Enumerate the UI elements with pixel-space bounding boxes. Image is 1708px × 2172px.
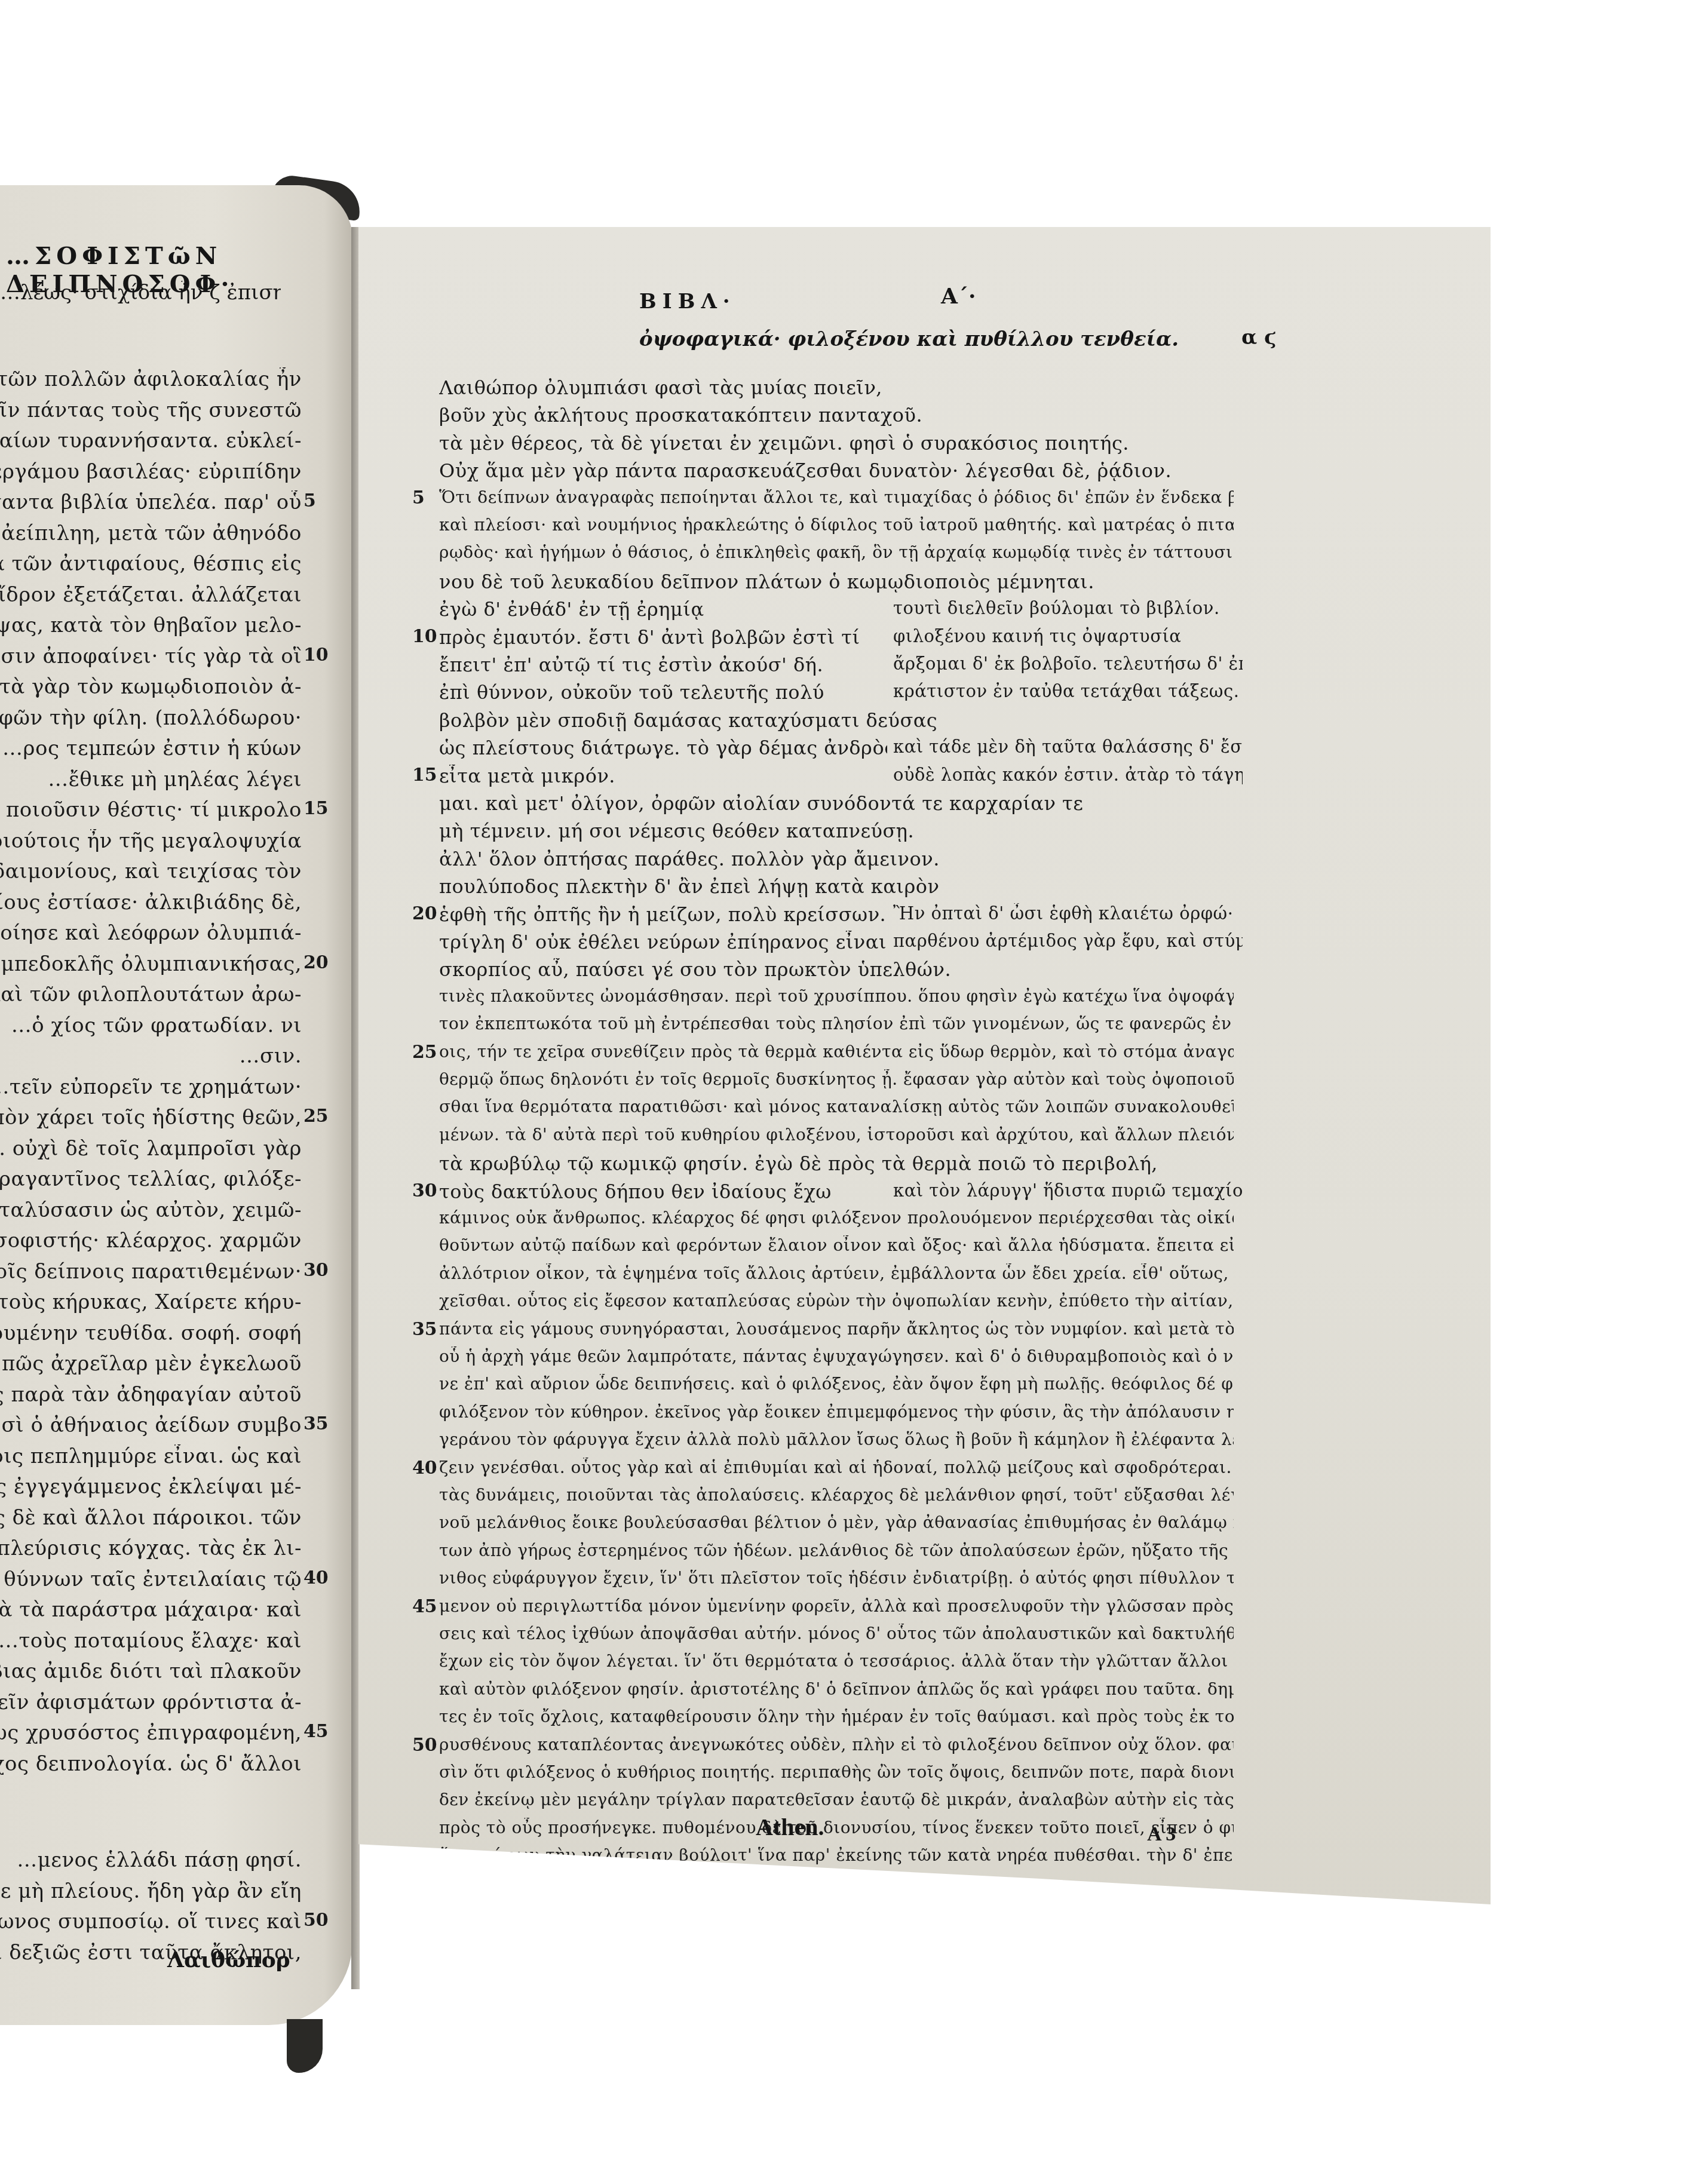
right-line-number: 30 — [412, 1180, 437, 1201]
right-verse-column-line: καὶ τάδε μὲν δὴ ταῦτα θαλάσσης δ' ἔστ' ἐ… — [893, 737, 1243, 757]
left-text-line: …ς δὲ πῶς ἀχρεῖλαρ μὲν ἐγκελωοῦ — [0, 1352, 302, 1376]
left-line-number: 10 — [303, 645, 329, 665]
left-text-line: …τῶν ἐν τοῖς δείπνοις παρατιθεμένων· — [0, 1260, 302, 1284]
right-text-line: μὴ τέμνειν. μή σοι νέμεσις θεόθεν καταπν… — [439, 820, 914, 842]
right-text-line: ἔπειτ' ἐπ' αὐτῷ τί τις ἐστὶν ἀκούσ' δή. — [439, 654, 823, 676]
right-text-line: οὗ ἡ ἀρχὴ γάμε θεῶν λαμπρότατε, πάντας ἐ… — [439, 1346, 1234, 1366]
left-text-line: …τοὺς ποταμίους ἔλαχε· καὶ — [0, 1629, 302, 1653]
right-line-number: 35 — [412, 1319, 437, 1340]
right-line-number: 20 — [412, 903, 437, 924]
left-text-line: …τεῖν εὐπορεῖν τε χρημάτων· — [0, 1075, 302, 1099]
right-text-line: ὡς πλείστους διάτρωγε. τὸ γὰρ δέμας ἀνδρ… — [439, 737, 887, 759]
right-text-line: τὰ κρωβύλῳ τῷ κωμικῷ φησίν. ἐγὼ δὲ πρὸς … — [439, 1152, 1158, 1175]
right-text-line: ρῳδὸς· καὶ ἡγήμων ὁ θάσιος, ὁ ἐπικληθεὶς… — [439, 542, 1234, 562]
left-text-line: …τοὺς πολλοὺς δὲ καὶ ἄλλοι πάροικοι. τῶν — [0, 1506, 302, 1530]
right-text-line: πρὸς τὸ οὖς προσήνεγκε. πυθομένου δὲ τοῦ… — [439, 1818, 1234, 1837]
right-text-line: πουλύποδος πλεκτὴν δ' ἂν ἐπεὶ λήψῃ κατὰ … — [439, 875, 939, 898]
right-running-head-number: Α΄· — [941, 284, 976, 309]
right-running-head-book: ΒΙΒΛ· — [639, 290, 736, 314]
right-text-line: μαι. καὶ μετ' ὀλίγον, ὀρφῶν αἰολίαν συνό… — [439, 792, 1083, 815]
right-text-line: τινὲς πλακοῦντες ὠνομάσθησαν. περὶ τοῦ χ… — [439, 986, 1234, 1006]
right-verse-column-line: κράτιστον ἐν ταὐθα τετάχθαι τάξεως. — [893, 681, 1239, 701]
right-text-line: ὅτι γράφων τὴν γαλάτειαν βούλοιτ' ἵνα πα… — [439, 1845, 1234, 1865]
right-text-line: βολβὸν μὲν σποδιῇ δαμάσας καταχύσματι δε… — [439, 709, 937, 732]
left-text-line: …ποτὲ καταλύσασιν ὡς αὐτὸν, χειμῶ- — [0, 1198, 302, 1222]
right-text-line: βοῦν χὺς ἀκλήτους προσκατακόπτειν πανταχ… — [439, 404, 922, 427]
left-text-line: …ἀθηναίους ἐστίασε· ἀλκιβιάδης δὲ, — [0, 891, 302, 915]
left-line-number: 20 — [303, 952, 329, 973]
left-text-line: …μένους ἐγγεγάμμενος ἐκλείψαι μέ- — [0, 1475, 302, 1499]
right-text-line: σθαι ἵνα θερμότατα παρατιθῶσι· καὶ μόνος… — [439, 1097, 1234, 1116]
right-text-line: των ἀπὸ γήρως ἐστερημένος τῶν ἡδέων. μελ… — [439, 1541, 1234, 1560]
right-text-line: θερμῷ ὅπως δηλονότι ἐν τοῖς θερμοῖς δυσκ… — [439, 1069, 1234, 1089]
left-text-line: …ἴδρον ἐξετάζεται. ἀλλάζεται — [0, 583, 302, 607]
left-text-line: …μεσητισίοις πεπλημμύρε εἶναι. ὡς καὶ — [0, 1444, 302, 1468]
right-text-line: τοὺς δακτύλους δήπου θεν ἰδαίους ἔχω — [439, 1180, 832, 1203]
right-text-line: μενον οὐ περιγλωττίδα μόνον ὑμενίνην φορ… — [439, 1596, 1234, 1616]
right-line-number: 15 — [412, 765, 437, 786]
right-verse-column-line: φιλοξένου καινή τις ὀψαρτυσία — [893, 626, 1181, 646]
right-text-line: τὰς δυνάμεις, ποιοῦνται τὰς ἀπολαύσεις. … — [439, 1485, 1234, 1505]
right-text-line: γεράνου τὸν φάρυγγα ἔχειν ἀλλὰ πολὺ μᾶλλ… — [439, 1429, 1234, 1449]
left-text-line: …ταῖς παρὰ τὰ παράστρα μάχαιρα· καὶ — [0, 1598, 302, 1622]
right-text-line: πάντα εἰς γάμους συνηγόρασται, λουσάμενο… — [439, 1319, 1234, 1339]
right-text-line: οις, τήν τε χεῖρα συνεθίζειν πρὸς τὰ θερ… — [439, 1042, 1234, 1062]
book-binding-bottom — [287, 2019, 323, 2073]
right-text-line: ρυσθένους καταπλέοντας ἀνεγνωκότες οὐδὲν… — [439, 1735, 1234, 1754]
right-text-line: ἐγὼ δ' ἐνθάδ' ἐν τῇ ἐρημίᾳ — [439, 598, 704, 621]
left-text-line: …σύβιας ἀμιδε διότι ταὶ πλακοῦν — [0, 1659, 302, 1683]
right-text-line: καὶ αὐτὸν φιλόξενον φησίν. ἀριστοτέλης δ… — [439, 1679, 1234, 1699]
folio-mark: α ϛ — [1241, 326, 1277, 349]
left-text-line: …ίκων κατὰ γὰρ τὸν κωμῳδιοποιὸν ἀ- — [0, 675, 302, 699]
right-text-line: σὶν ὅτι φιλόξενος ὁ κυθήριος ποιητής. πε… — [439, 1762, 1234, 1782]
left-text-line: …τὸν ἀθηναίων τυραννήσαντα. εὐκλεί- — [0, 429, 302, 453]
left-text-line: …νασταρχήσαντα βιβλία ὑπελέα. παρ' οὗ — [0, 490, 302, 514]
left-text-line: …ἔθικε μὴ μηλέας λέγει — [48, 768, 302, 792]
right-text-line: κάμινος οὐκ ἄνθρωπος. κλέαρχος δέ φησι φ… — [439, 1208, 1234, 1228]
right-text-line: σκορπίος αὖ, παύσει γέ σου τὸν πρωκτὸν ὑ… — [439, 958, 951, 981]
left-text-line: …τοὺς περγάμου βασιλέας· εὐριπίδην — [0, 460, 302, 484]
right-line-number: 5 — [412, 487, 425, 508]
right-text-line: δεν ἐκείνῳ μὲν μεγάλην τρίγλαν παρατεθεῖ… — [439, 1790, 1234, 1809]
right-text-line: τον ἐκπεπτωκότα τοῦ μὴ ἐντρέπεσθαι τοὺς … — [439, 1014, 1234, 1033]
right-text-line: ἐπὶ θύννον, οὐκοῦν τοῦ τελευτῆς πολύ — [439, 681, 824, 704]
left-line-number: 25 — [303, 1106, 329, 1127]
left-text-line: …ι ἐν τῷ πλάτωνος συμποσίῳ. οἵ τινες καὶ — [0, 1910, 302, 1934]
right-verse-column-line: τουτὶ διελθεῖν βούλομαι τὸ βιβλίον. — [893, 598, 1220, 618]
left-text-line: …ε μὴ πλείους. ἤδη γὰρ ἂν εἴη — [0, 1879, 302, 1903]
left-text-line: …ι τοὺς ἡσυχίους παρὰ τὰν ἀδηφαγίαν αὐτο… — [0, 1383, 302, 1407]
right-text-line: ζειν γενέσθαι. οὗτος γὰρ καὶ αἱ ἐπιθυμία… — [439, 1458, 1234, 1477]
book-gutter — [351, 227, 360, 1989]
left-text-line: …ἄλφος ἀείπιληη, μετὰ τῶν ἀθηνόδο — [0, 521, 302, 545]
right-verse-column-line: παρθένου ἀρτέμιδος γὰρ ἔφυ, καὶ στύμματα… — [893, 931, 1243, 951]
left-text-line: …φησὶ ὁ ἀθήναιος ἀείδων συμβο — [0, 1413, 302, 1437]
right-line-number: 50 — [412, 1735, 437, 1756]
right-text-line: φιλόξενον τὸν κύθηρον. ἐκεῖνος γὰρ ἔοικε… — [439, 1402, 1234, 1422]
right-text-line: πρὸς ἐμαυτόν. ἔστι δ' ἀντὶ βολβῶν ἐστὶ τ… — [439, 626, 860, 649]
left-text-line: …ς ὑπερβαλεῖν πάντας τοὺς τῆς συνεστῶ — [0, 398, 302, 422]
signature-mark: A 3 — [1147, 1823, 1176, 1846]
left-text-line: …ας. οὐχὶ δὲ τοῖς λαμπροῖσι γὰρ — [0, 1137, 302, 1161]
right-text-line: τὰ μὲν θέρεος, τὰ δὲ γίνεται ἐν χειμῶνι.… — [439, 432, 1129, 455]
left-text-line: …λακεδαιμονίους, καὶ τειχίσας τὸν — [0, 860, 302, 883]
left-text-line: …κραγαντῖνος ἐμπεδοκλῆς ὀλυμπιανικήσας, — [0, 952, 302, 976]
left-line-number: 50 — [303, 1910, 329, 1931]
right-text-line: τες ἐν τοῖς ὄχλοις, καταφθείρουσιν ὅλην … — [439, 1707, 1234, 1726]
left-page: …ΣΟΦΙΣΤῶΝ ΔΕΙΠΝΟΣΟΦ· …λέως· στιχίδια ἦν … — [0, 185, 352, 2025]
left-text-line: …κεῖνα τῶν ἀντιφαίους, θέσπις εἰς — [0, 552, 302, 576]
left-text-line: …ρεῖν ἀφισμάτων φρόντιστα ἀ- — [0, 1691, 302, 1714]
right-text-line: Οὐχ ἅμα μὲν γὰρ πάντα παρασκευάζεσθαι δυ… — [439, 459, 1172, 482]
right-subtitle: ὀψοφαγικά· φιλοξένου καὶ πυθίλλου τενθεί… — [639, 327, 1179, 351]
right-line-number: 10 — [412, 626, 437, 647]
left-line-number: 30 — [303, 1260, 329, 1281]
left-text-line: …ράψας, κατὰ τὸν θηβαῖον μελο- — [0, 613, 302, 637]
left-text-line: …ης δὲ τοὺς κήρυκας, Χαίρετε κήρυ- — [0, 1290, 302, 1314]
left-text-line: …σιν. — [239, 1044, 302, 1068]
right-verse-column-line: ἄρξομαι δ' ἐκ βολβοῖο. τελευτήσω δ' ἐπὶ … — [893, 654, 1243, 674]
left-text-line: …καρπὸν χάρει τοῖς ἡδίστης θεῶν, — [0, 1106, 302, 1130]
right-line-number: 45 — [412, 1596, 437, 1617]
right-page: ΒΙΒΛ· Α΄· ὀψοφαγικά· φιλοξένου καὶ πυθίλ… — [358, 227, 1491, 1947]
left-text-line: …ταχωδῶν θύννων ταῖς ἐντειλαίαις τῷ — [0, 1567, 302, 1591]
left-text-line: …μενος ἑλλάδι πάσῃ φησί. — [17, 1848, 302, 1872]
right-text-line: νου δὲ τοῦ λευκαδίου δεῖπνον πλάτων ὁ κω… — [439, 570, 1094, 593]
left-text-line: …ὁ χίος τῶν φρατωδίαν. νι — [11, 1014, 302, 1038]
right-line-number: 25 — [412, 1042, 437, 1063]
left-line-number: 40 — [303, 1567, 329, 1588]
right-text-line: εἶτα μετὰ μικρόν. — [439, 765, 615, 787]
left-text-line: …ς ἐν τῇ ὡς χρυσόστος ἐπιγραφομένη, — [0, 1721, 302, 1745]
left-text-line: …σοφῶν τὴν φίλη. (πολλόδωρου· — [0, 706, 302, 730]
right-verse-column-line: καὶ τὸν λάρυγγ' ἥδιστα πυριῶ τεμαχίοις — [893, 1180, 1243, 1201]
left-text-line: …τὴν ἐν θυλουμένην τευθίδα. σοφή. σοφή — [0, 1321, 302, 1345]
left-text-line: …ηνος φησὶ σοφιστής· κλέαρχος. χαρμῶν — [0, 1229, 302, 1253]
right-text-line: χεῖσθαι. οὗτος εἰς ἔφεσον καταπλεύσας εὑ… — [439, 1291, 1234, 1311]
left-text-line: …μὴ ἔλεγε ποιοῦσιν θέστις· τί μικρολο — [0, 798, 302, 822]
left-text-line: …ίκων πᾶσιν ἀποφαίνει· τίς γὰρ τὰ οἳ — [0, 645, 302, 668]
left-line-number: 5 — [303, 490, 316, 511]
right-text-line: Λαιθώπορ ὀλυμπιάσι φασὶ τὰς μυίας ποιεῖν… — [439, 376, 882, 399]
left-text-line: …ρος τεμπεών ἐστιν ἡ κύων — [2, 737, 302, 760]
left-text-line: …αὐτὸ ἐποίησε καὶ λεόφρων ὀλυμπιά- — [0, 921, 302, 945]
right-text-line: ἀλλ' ὅλον ὀπτήσας παράθες. πολλὸν γὰρ ἄμ… — [439, 848, 940, 870]
left-text-line: …δὲ κλέαρχος δειπνολογία. ὡς δ' ἄλλοι — [0, 1752, 302, 1776]
right-verse-column-line: οὐδὲ λοπὰς κακόν ἐστιν. ἀτὰρ τὸ τάγηνον … — [893, 765, 1243, 785]
signature-word: Athen. — [756, 1813, 824, 1841]
left-line-number: 15 — [303, 798, 329, 819]
right-text-line: θοῦντων αὐτῷ παίδων καὶ φερόντων ἔλαιον … — [439, 1235, 1234, 1255]
right-text-line: νιθος εὐφάρυγγον ἔχειν, ἵν' ὅτι πλεῖστον… — [439, 1568, 1234, 1588]
right-text-line: καὶ πλείοσι· καὶ νουμήνιος ἡρακλεώτης ὁ … — [439, 515, 1234, 535]
right-text-line: τρίγλη δ' οὐκ ἐθέλει νεύρων ἐπίηρανος εἶ… — [439, 931, 887, 953]
right-text-line: νοῦ μελάνθιος ἔοικε βουλεύσασθαι βέλτιον… — [439, 1513, 1234, 1532]
right-text-line: νε ἐπ' καὶ αὔριον ὧδε δειπνήσεις. καὶ ὁ … — [439, 1374, 1234, 1394]
right-verse-column-line: Ἢν ὀπταὶ δ' ὦσι ἑφθὴ κλαιέτω ὀρφώ· — [893, 903, 1233, 924]
left-line-number: 35 — [303, 1413, 329, 1434]
right-line-number: 40 — [412, 1458, 437, 1478]
left-text-line: …καὶ ὁ ἀκραγαντῖνος τελλίας, φιλόξε- — [0, 1167, 302, 1191]
right-text-line: ἀλλότριον οἶκον, τὰ ἑψημένα τοῖς ἄλλοις … — [439, 1263, 1234, 1283]
left-text-line: …ναυτον, καὶ τῶν φιλοπλουτάτων ἀρω- — [0, 983, 302, 1007]
left-line-number: 45 — [303, 1721, 329, 1742]
left-text-line: …ἕως ὑπὸ τῆς τῶν πολλῶν ἀφιλοκαλίας ἦν — [0, 367, 302, 391]
left-text-line: …αν τοιούτοις ἦν τῆς μεγαλοψυχία — [0, 829, 302, 853]
right-text-line: Ὅτι δείπνων ἀναγραφὰς πεποίηνται ἄλλοι τ… — [439, 487, 1234, 507]
right-text-line: σεις καὶ τέλος ἰχθύων ἀποψᾶσθαι αὐτήν. μ… — [439, 1624, 1234, 1643]
left-catchword: Λαιθώπορ — [167, 1947, 290, 1972]
left-subhead: …λέως· στιχίδια ἦν ζ ἐπισημεῖα· ἀφ- — [0, 281, 281, 305]
left-text-line: …ταῖς πλεύρισις κόγχας. τὰς ἐκ λι- — [0, 1536, 302, 1560]
right-text-line: μένων. τὰ δ' αὐτὰ περὶ τοῦ κυθηρίου φιλο… — [439, 1125, 1234, 1145]
right-text-line: ἑφθὴ τῆς ὀπτῆς ἢν ἡ μείζων, πολὺ κρείσσω… — [439, 903, 886, 926]
right-text-line: ἔχων εἰς τὸν ὄψον λέγεται. ἵν' ὅτι θερμό… — [439, 1651, 1234, 1671]
